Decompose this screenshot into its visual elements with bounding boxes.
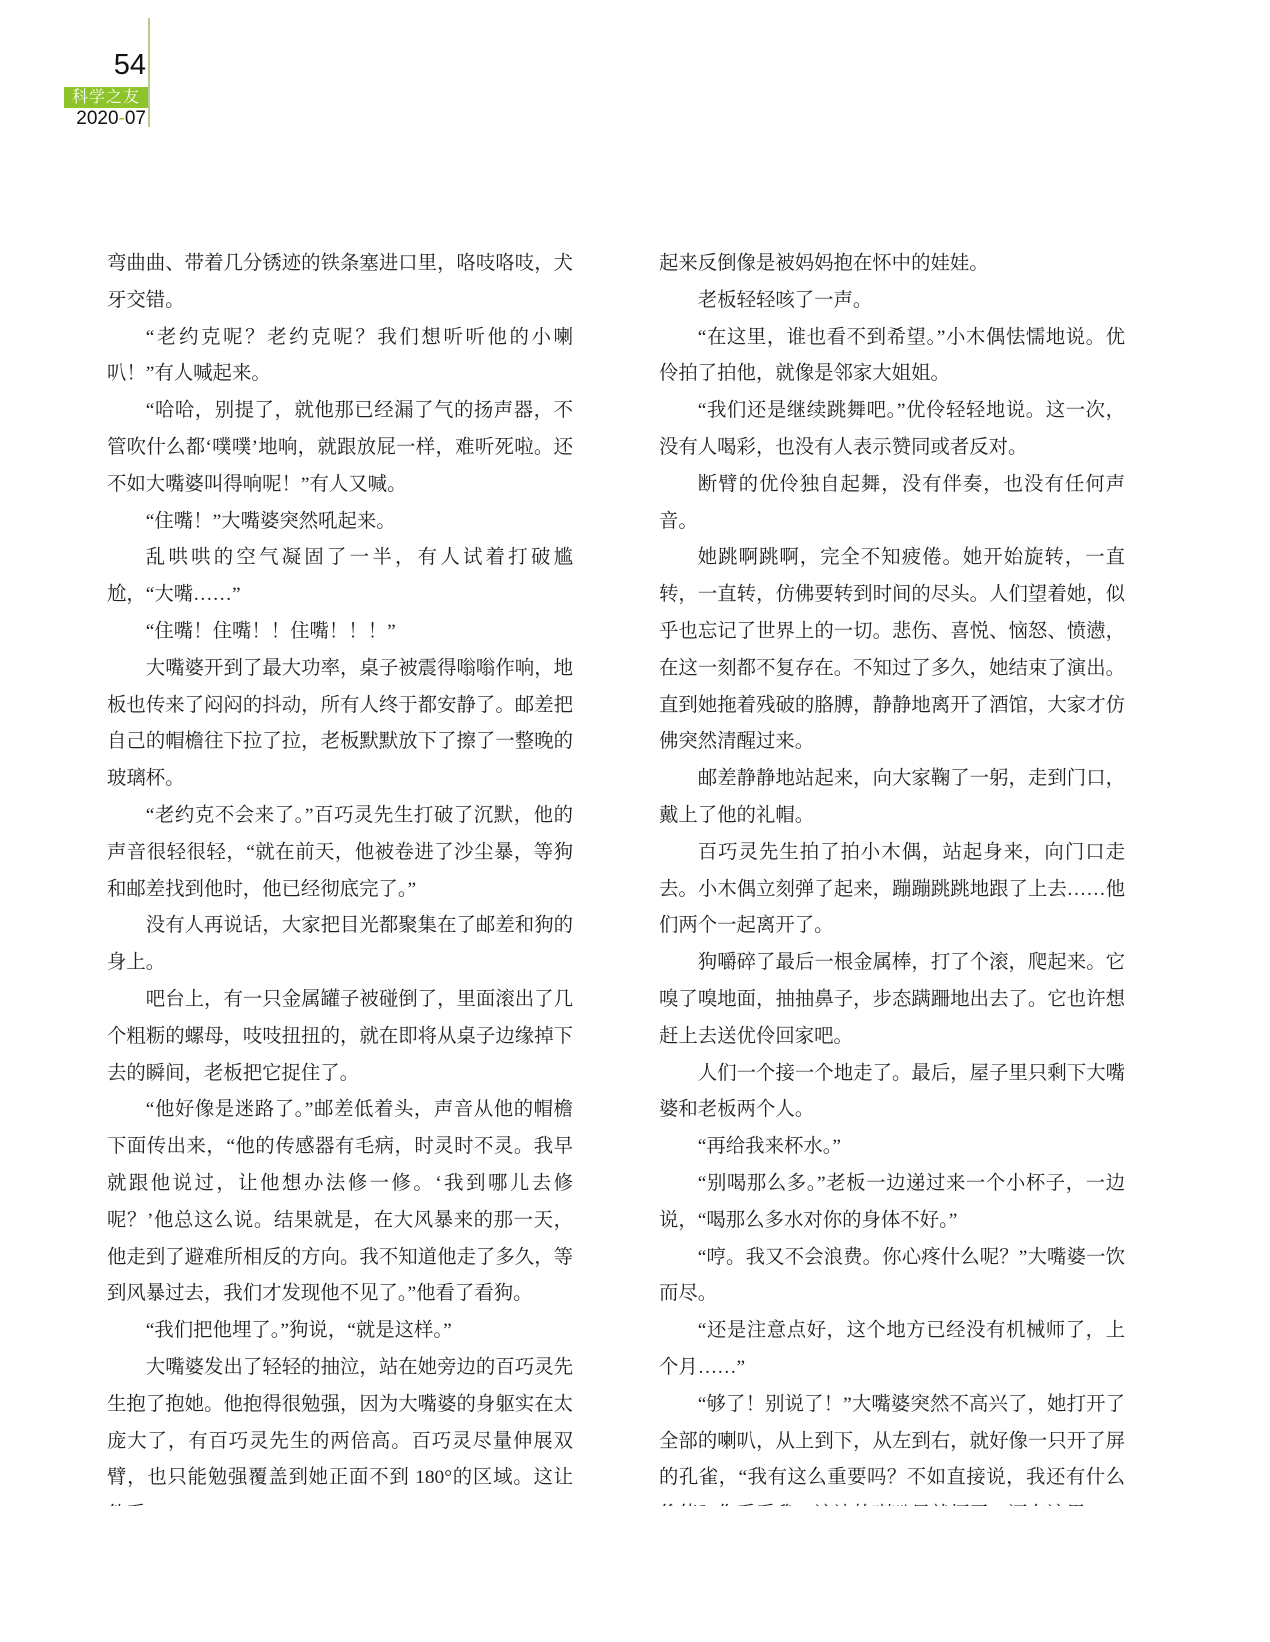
paragraph: 狗嚼碎了最后一根金属棒，打了个滚，爬起来。它嗅了嗅地面，抽抽鼻子，步态蹒跚地出去… [659, 945, 1125, 1055]
magazine-page: 54 科学之友 2020-07 弯曲曲、带着几分锈迹的铁条塞进口里，咯吱咯吱，犬… [0, 0, 1270, 1642]
paragraph: “够了！别说了！”大嘴婆突然不高兴了，她打开了全部的喇叭，从上到下，从左到右，就… [659, 1387, 1125, 1506]
header-divider-line [148, 18, 150, 127]
magazine-title-badge: 科学之友 [64, 87, 148, 108]
issue-date: 2020-07 [0, 109, 146, 129]
right-column: 起来反倒像是被妈妈抱在怀中的娃娃。老板轻轻咳了一声。“在这里，谁也看不到希望。”… [659, 246, 1125, 1506]
paragraph: 大嘴婆发出了轻轻的抽泣，站在她旁边的百巧灵先生抱了抱她。他抱得很勉强，因为大嘴婆… [107, 1350, 573, 1506]
paragraph: 乱哄哄的空气凝固了一半，有人试着打破尴尬，“大嘴……” [107, 540, 573, 614]
paragraph: “老约克不会来了。”百巧灵先生打破了沉默，他的声音很轻很轻，“就在前天，他被卷进… [107, 798, 573, 908]
paragraph: “住嘴！住嘴！！住嘴！！！” [107, 614, 573, 651]
issue-year: 2020 [76, 108, 118, 129]
paragraph: “他好像是迷路了。”邮差低着头，声音从他的帽檐下面传出来，“他的传感器有毛病，时… [107, 1092, 573, 1313]
paragraph: 老板轻轻咳了一声。 [659, 283, 1125, 320]
left-column: 弯曲曲、带着几分锈迹的铁条塞进口里，咯吱咯吱，犬牙交错。“老约克呢？老约克呢？我… [107, 246, 573, 1506]
paragraph: 人们一个接一个地走了。最后，屋子里只剩下大嘴婆和老板两个人。 [659, 1056, 1125, 1130]
paragraph: “哼。我又不会浪费。你心疼什么呢？”大嘴婆一饮而尽。 [659, 1240, 1125, 1314]
paragraph: “别喝那么多。”老板一边递过来一个小杯子，一边说，“喝那么多水对你的身体不好。” [659, 1166, 1125, 1240]
paragraph: 弯曲曲、带着几分锈迹的铁条塞进口里，咯吱咯吱，犬牙交错。 [107, 246, 573, 320]
paragraph: “我们还是继续跳舞吧。”优伶轻轻地说。这一次，没有人喝彩，也没有人表示赞同或者反… [659, 393, 1125, 467]
issue-month: 07 [125, 108, 146, 129]
paragraph: 起来反倒像是被妈妈抱在怀中的娃娃。 [659, 246, 1125, 283]
paragraph: “再给我来杯水。” [659, 1129, 1125, 1166]
paragraph: “住嘴！”大嘴婆突然吼起来。 [107, 504, 573, 541]
paragraph: “还是注意点好，这个地方已经没有机械师了，上个月……” [659, 1313, 1125, 1387]
paragraph: 断臂的优伶独自起舞，没有伴奏，也没有任何声音。 [659, 467, 1125, 541]
paragraph: 大嘴婆开到了最大功率，桌子被震得嗡嗡作响，地板也传来了闷闷的抖动，所有人终于都安… [107, 651, 573, 798]
paragraph: “老约克呢？老约克呢？我们想听听他的小喇叭！”有人喊起来。 [107, 320, 573, 394]
page-number: 54 [0, 50, 146, 80]
magazine-title: 科学之友 [72, 87, 140, 108]
paragraph: 邮差静静地站起来，向大家鞠了一躬，走到门口，戴上了他的礼帽。 [659, 761, 1125, 835]
paragraph: 吧台上，有一只金属罐子被碰倒了，里面滚出了几个粗粝的螺母，吱吱扭扭的，就在即将从… [107, 982, 573, 1092]
paragraph: “哈哈，别提了，就他那已经漏了气的扬声器，不管吹什么都‘噗噗’地响，就跟放屁一样… [107, 393, 573, 503]
paragraph: 没有人再说话，大家把目光都聚集在了邮差和狗的身上。 [107, 908, 573, 982]
paragraph: “在这里，谁也看不到希望。”小木偶怯懦地说。优伶拍了拍他，就像是邻家大姐姐。 [659, 320, 1125, 394]
paragraph: 她跳啊跳啊，完全不知疲倦。她开始旋转，一直转，一直转，仿佛要转到时间的尽头。人们… [659, 540, 1125, 761]
paragraph: “我们把他埋了。”狗说，“就是这样。” [107, 1313, 573, 1350]
paragraph: 百巧灵先生拍了拍小木偶，站起身来，向门口走去。小木偶立刻弹了起来，蹦蹦跳跳地跟了… [659, 835, 1125, 945]
